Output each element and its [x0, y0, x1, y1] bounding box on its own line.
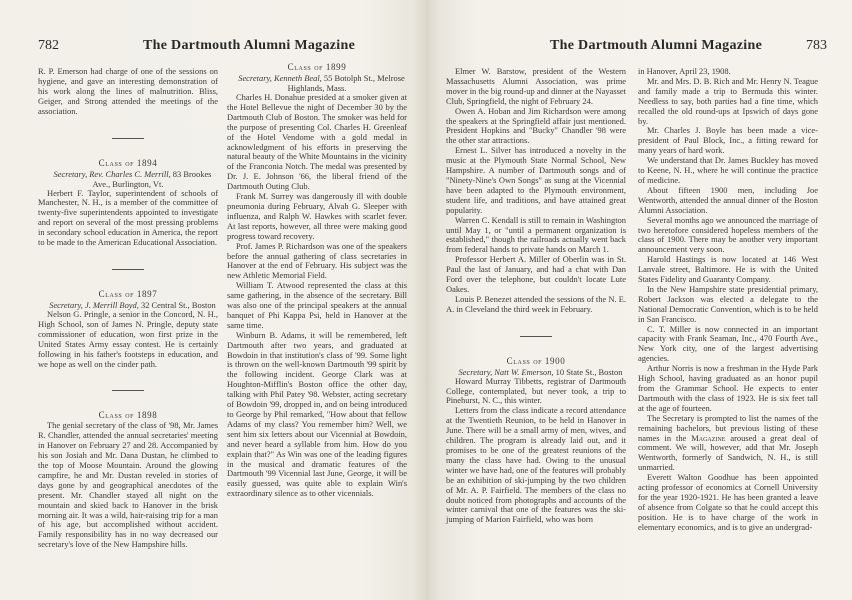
paragraph: Frank M. Surrey was dangerously ill with… [227, 192, 407, 242]
paragraph: Arthur Norris is now a freshman in the H… [638, 364, 818, 414]
paragraph: Charles H. Donahue presided at a smoker … [227, 93, 407, 192]
section-divider [112, 390, 144, 391]
paragraph: Ernest L. Silver has introduced a novelt… [446, 146, 626, 215]
class-heading-1894: Class of 1894 [38, 158, 218, 168]
paragraph: Mr. Charles J. Boyle has been made a vic… [638, 126, 818, 156]
paragraph: Howard Murray Tibbetts, registrar of Dar… [446, 377, 626, 407]
paragraph: R. P. Emerson had charge of one of the s… [38, 67, 218, 117]
magazine-spread: 782 The Dartmouth Alumni Magazine R. P. … [0, 0, 852, 600]
paragraph: Mr. and Mrs. D. B. Rich and Mr. Henry N.… [638, 77, 818, 127]
running-head-right: The Dartmouth Alumni Magazine 783 [426, 38, 827, 54]
paragraph: Herbert F. Taylor, superintendent of sch… [38, 189, 218, 248]
magazine-title: The Dartmouth Alumni Magazine [143, 38, 355, 54]
paragraph: Winburn B. Adams, it will be remembered,… [227, 331, 407, 499]
paragraph: Prof. James P. Richardson was one of the… [227, 242, 407, 282]
left-column-1: R. P. Emerson had charge of one of the s… [38, 67, 218, 550]
class-heading-1899: Class of 1899 [227, 62, 407, 72]
secretary-line-1894: Secretary, Rev. Charles C. Merrill, 83 B… [38, 169, 218, 189]
right-column-2: in Hanover, April 23, 1908. Mr. and Mrs.… [638, 67, 818, 533]
paragraph: Several months ago we announced the marr… [638, 216, 818, 256]
page-number: 782 [38, 38, 59, 54]
paragraph: William T. Atwood represented the class … [227, 281, 407, 331]
paragraph: About fifteen 1900 men, including Joe We… [638, 186, 818, 216]
paragraph: Professor Herbert A. Miller of Oberlin w… [446, 255, 626, 295]
page-number: 783 [806, 38, 827, 54]
right-page: The Dartmouth Alumni Magazine 783 Elmer … [426, 0, 852, 600]
paragraph: Nelson G. Pringle, a senior in the Conco… [38, 310, 218, 369]
class-heading-1898: Class of 1898 [38, 410, 218, 420]
paragraph: The Secretary is prompted to list the na… [638, 414, 818, 473]
secretary-line-1899: Secretary, Kenneth Beal, 55 Botolph St.,… [227, 73, 407, 93]
paragraph: In the New Hampshire state presidential … [638, 285, 818, 325]
paragraph: Louis P. Benezet attended the sessions o… [446, 295, 626, 315]
paragraph: The genial secretary of the class of '98… [38, 421, 218, 550]
magazine-title: The Dartmouth Alumni Magazine [550, 38, 762, 54]
class-heading-1900: Class of 1900 [446, 356, 626, 366]
class-heading-1897: Class of 1897 [38, 289, 218, 299]
running-head-left: 782 The Dartmouth Alumni Magazine [38, 38, 418, 54]
section-divider [112, 138, 144, 139]
paragraph: Elmer W. Barstow, president of the Weste… [446, 67, 626, 107]
paragraph: We understand that Dr. James Buckley has… [638, 156, 818, 186]
paragraph: Letters from the class indicate a record… [446, 406, 626, 525]
paragraph: Owen A. Hoban and Jim Richardson were am… [446, 107, 626, 147]
section-divider [520, 336, 552, 337]
left-page: 782 The Dartmouth Alumni Magazine R. P. … [0, 0, 426, 600]
paragraph: Harold Hastings is now located at 146 We… [638, 255, 818, 285]
left-column-2: Class of 1899 Secretary, Kenneth Beal, 5… [227, 62, 407, 499]
magazine-reference: Magazine [691, 433, 725, 443]
paragraph: Warren C. Kendall is still to remain in … [446, 216, 626, 256]
paragraph: C. T. Miller is now connected in an impo… [638, 325, 818, 365]
section-divider [112, 269, 144, 270]
paragraph: Everett Walton Goodhue has been appointe… [638, 473, 818, 532]
right-column-1: Elmer W. Barstow, president of the Weste… [446, 67, 626, 525]
